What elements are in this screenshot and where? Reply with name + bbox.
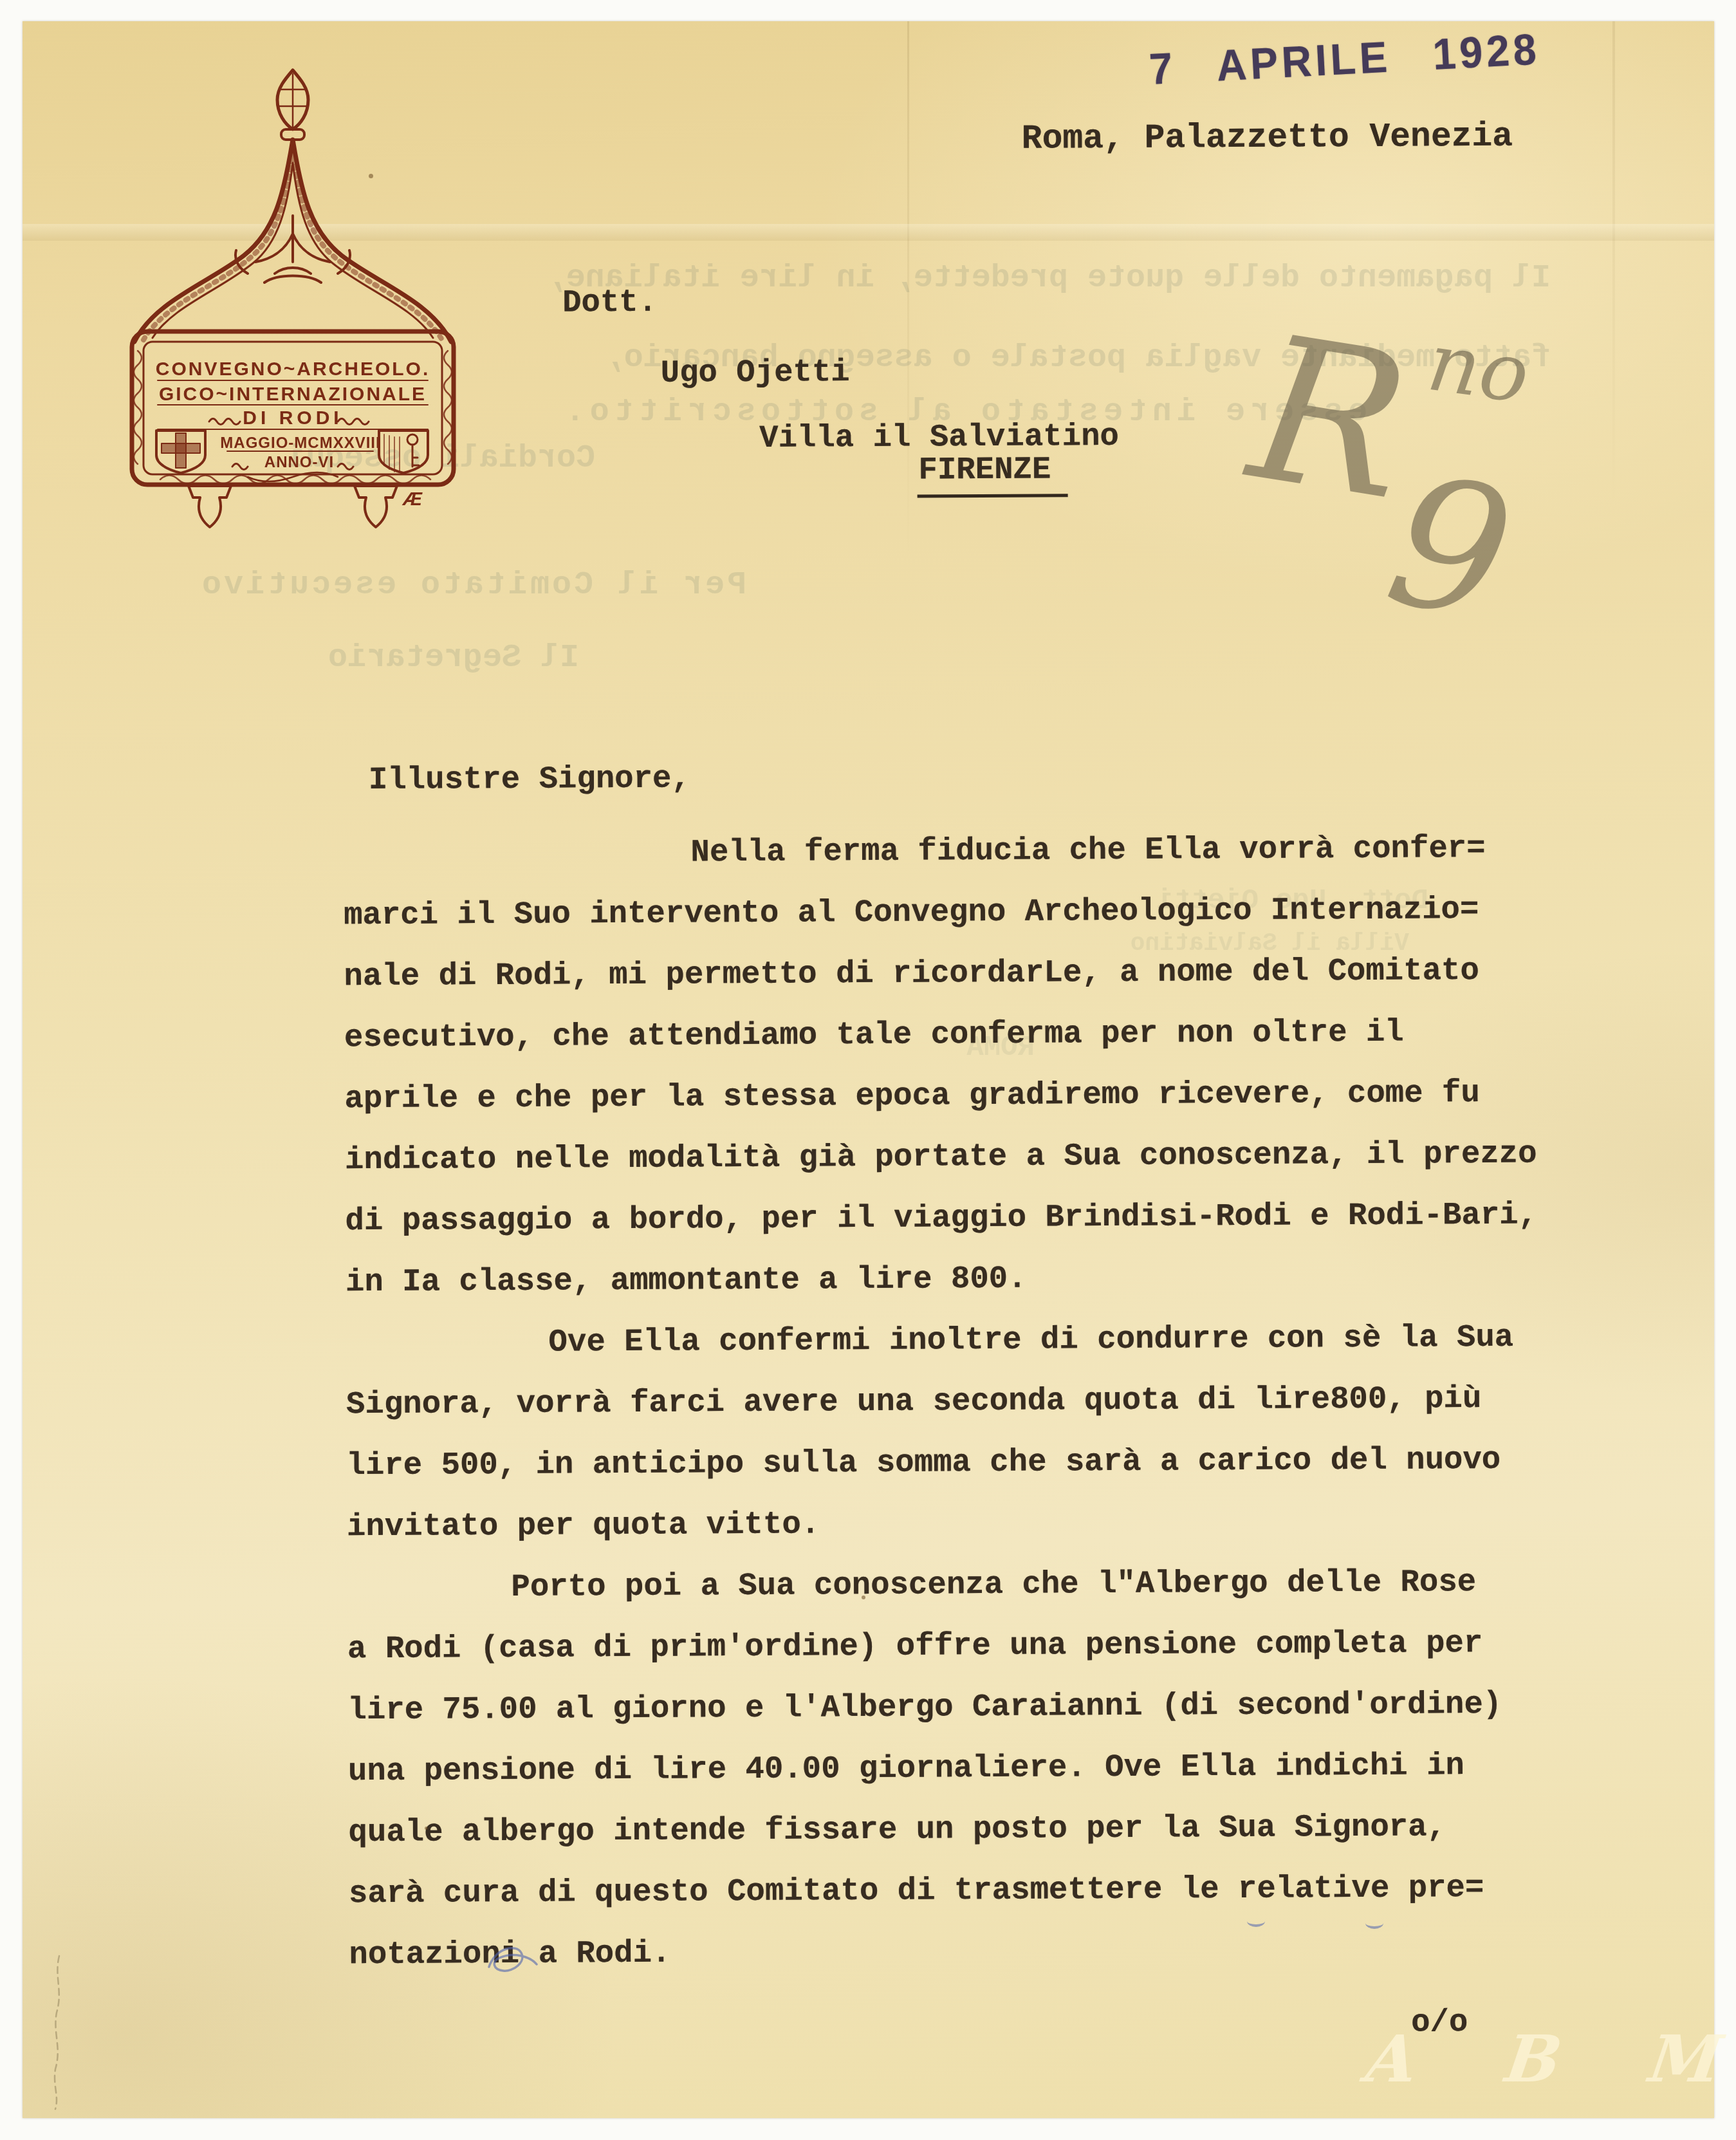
blue-ink-squiggle (483, 1942, 540, 1981)
body-line: Porto poi a Sua conoscenza che l"Albergo… (511, 1566, 1476, 1604)
recipient-title: Dott. (562, 286, 657, 320)
body-line: aprile e che per la stessa epoca gradire… (344, 1077, 1480, 1116)
body-line: Signora, vorrà farci avere una seconda q… (346, 1382, 1482, 1422)
body-line: una pensione di lire 40.00 giornaliere. … (348, 1749, 1464, 1789)
body-line: nale di Rodi, mi permetto di ricordarLe,… (344, 954, 1479, 994)
scanned-letter-page: A B M Il pagamento delle quote predette,… (0, 0, 1736, 2140)
body-line: lire 500, in anticipo sulla somma che sa… (346, 1444, 1501, 1483)
foxing-speck (369, 174, 373, 178)
blue-ink-tick (1365, 1917, 1383, 1929)
body-line: Ove Ella confermi inoltre di condurre co… (548, 1321, 1513, 1359)
body-line: in Ia classe, ammontante a lire 800. (346, 1263, 1027, 1299)
dateline: Roma, Palazzetto Venezia (1022, 119, 1513, 158)
body-line: di passaggio a bordo, per il viaggio Bri… (345, 1199, 1537, 1238)
margin-pencil-scribble (48, 1953, 71, 2114)
recipient-address: Villa il Salviatino (759, 420, 1119, 455)
body-line: lire 75.00 al giorno e l'Albergo Caraian… (347, 1688, 1502, 1727)
blue-ink-tick (1247, 1915, 1265, 1927)
body-line: a Rodi (casa di prim'ordine) offre una p… (347, 1627, 1483, 1666)
recipient-name: Ugo Ojetti (661, 356, 850, 390)
page-marker: o/o (1411, 2006, 1468, 2040)
body-line: quale albergo intende fissare un posto p… (348, 1810, 1446, 1849)
body-line: invitato per quota vitto. (347, 1508, 820, 1543)
body-line: esecutivo, che attendiamo tale conferma … (344, 1016, 1404, 1055)
body-line: marci il Suo intervento al Convegno Arch… (344, 893, 1479, 933)
recipient-city: FIRENZE (917, 453, 1067, 487)
foxing-speck (425, 1827, 428, 1830)
salutation: Illustre Signore, (369, 762, 690, 797)
pencil-mark-no: no (1423, 315, 1535, 422)
body-line: indicato nelle modalità già portate a Su… (345, 1138, 1537, 1177)
body-line: Nella ferma fiducia che Ella vorrà confe… (690, 832, 1485, 870)
body-line: sarà cura di questo Comitato di trasmett… (349, 1872, 1484, 1911)
foxing-speck (862, 1596, 865, 1599)
